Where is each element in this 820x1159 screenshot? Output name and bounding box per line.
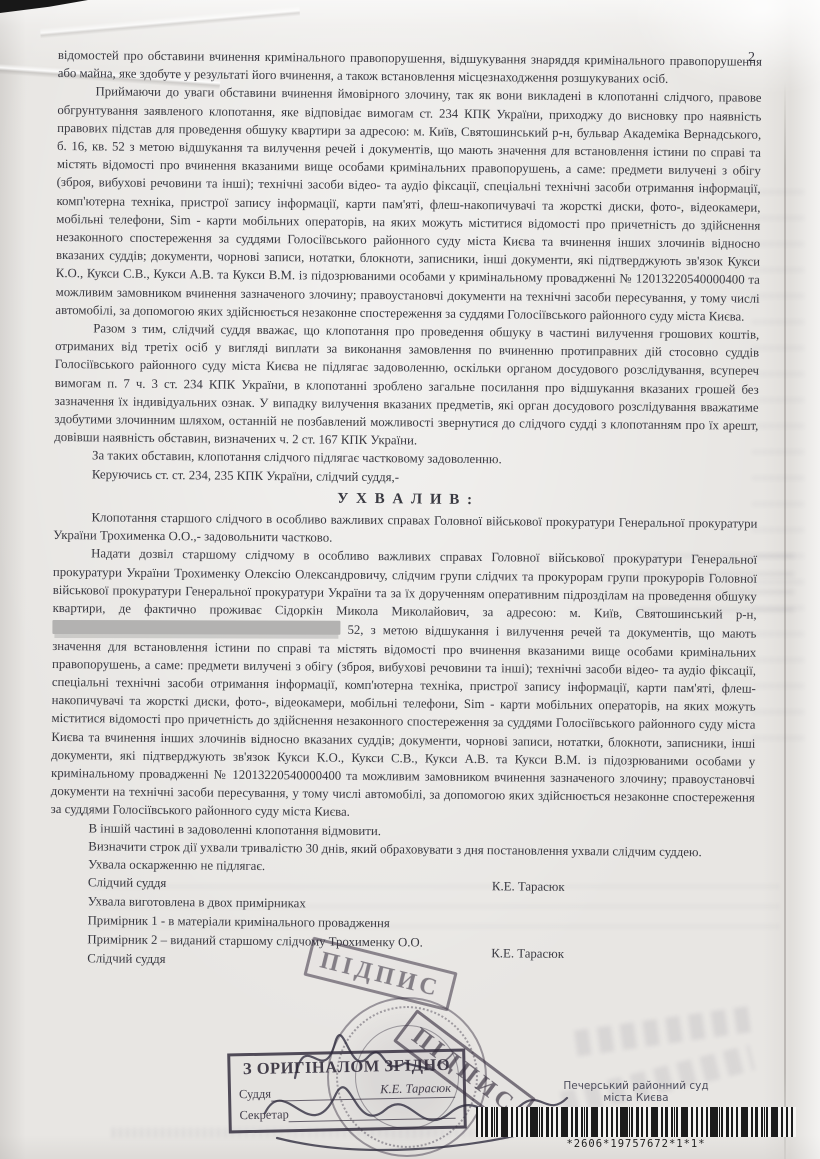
- ruling-paragraph-text: Надати дозвіл старшому слідчому в особли…: [53, 547, 758, 622]
- ruling-paragraph-with-redaction: Надати дозвіл старшому слідчому в особли…: [51, 544, 758, 825]
- certified-judge-name: К.Е. Тарасюк: [271, 1082, 455, 1102]
- judge-name: К.Е. Тарасюк: [492, 877, 565, 897]
- redaction-bar: [52, 620, 340, 635]
- court-name-line-2: міста Києва: [476, 1092, 796, 1104]
- scanned-court-ruling-page: 2 відомостей про обставини вчинення крим…: [0, 0, 820, 1159]
- judge-name: К.Е. Тарасюк: [491, 944, 564, 964]
- certified-secretary-label: Секретар: [239, 1108, 289, 1123]
- barcode-number: *2606*19757672*1*1*: [476, 1138, 796, 1150]
- judge-label: Слідчий суддя: [87, 951, 165, 966]
- judge-label: Слідчий суддя: [88, 875, 166, 890]
- court-name-line-1: Печерський районний суд: [476, 1080, 796, 1092]
- body-paragraph: Разом з тим, слідчий суддя вважає, що кл…: [54, 319, 759, 453]
- ruling-heading: У Х В А Л И В :: [54, 487, 758, 512]
- court-barcode-block: Печерський районний суд міста Києва *260…: [476, 1080, 796, 1150]
- ruling-paragraph-text: 52, з метою відшукання і вилучення речей…: [51, 623, 757, 819]
- body-paragraph: Приймаючи до уваги обставини вчинення йм…: [55, 82, 761, 325]
- paper-crease: [39, 0, 300, 43]
- certified-secretary-row: Секретар: [239, 1104, 455, 1122]
- certified-judge-row: Суддя К.Е. Тарасюк: [239, 1082, 455, 1102]
- barcode: [476, 1107, 796, 1137]
- certified-judge-label: Суддя: [239, 1088, 271, 1102]
- certified-secretary-line: [289, 1116, 456, 1121]
- document-body: відомостей про обставини вчинення кримін…: [49, 46, 762, 975]
